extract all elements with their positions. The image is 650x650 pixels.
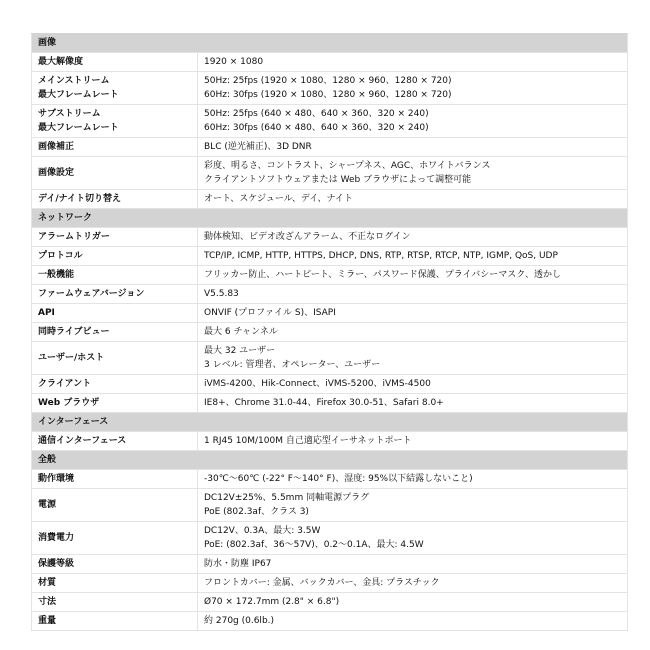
spec-label: 重量 xyxy=(32,612,198,631)
spec-label: Web ブラウザ xyxy=(32,394,198,413)
value-line: クライアントソフトウェアまたは Web ブラウザによって調整可能 xyxy=(204,173,622,187)
spec-value: 防水・防塵 IP67 xyxy=(198,555,628,574)
spec-label: 材質 xyxy=(32,574,198,593)
label-line: 電源 xyxy=(38,498,192,512)
value-line: DC12V±25%、5.5mm 同軸電源プラグ xyxy=(204,491,622,505)
section-title: ネットワーク xyxy=(32,209,628,228)
spec-table: 画像 最大解像度 1920 × 1080 メインストリーム最大フレームレート 5… xyxy=(31,33,628,631)
label-line: サブストリーム xyxy=(38,107,192,121)
spec-row-operating-conditions: 動作環境 -30℃～60℃ (-22° F～140° F)、湿度: 95%以下結… xyxy=(32,470,628,489)
label-line: 保護等級 xyxy=(38,557,192,571)
value-line: BLC (逆光補正)、3D DNR xyxy=(204,140,622,154)
spec-value: BLC (逆光補正)、3D DNR xyxy=(198,138,628,157)
spec-value: フロントカバー: 金属、バックカバー、金具: プラスチック xyxy=(198,574,628,593)
label-line: アラームトリガー xyxy=(38,230,192,244)
spec-value: DC12V±25%、5.5mm 同軸電源プラグPoE (802.3af、クラス … xyxy=(198,489,628,522)
spec-row-power-consumption: 消費電力 DC12V、0.3A、最大: 3.5WPoE: (802.3af、36… xyxy=(32,522,628,555)
label-line: 材質 xyxy=(38,576,192,590)
spec-value: ONVIF (プロファイル S)、ISAPI xyxy=(198,304,628,323)
spec-label: ユーザー/ホスト xyxy=(32,342,198,375)
spec-row-material: 材質 フロントカバー: 金属、バックカバー、金具: プラスチック xyxy=(32,574,628,593)
value-line: 1920 × 1080 xyxy=(204,55,622,69)
spec-row-protection-level: 保護等級 防水・防塵 IP67 xyxy=(32,555,628,574)
label-line: 同時ライブビュー xyxy=(38,325,192,339)
spec-value: フリッカー防止、ハートビート、ミラー、パスワード保護、プライバシーマスク、透かし xyxy=(198,266,628,285)
value-line: フリッカー防止、ハートビート、ミラー、パスワード保護、プライバシーマスク、透かし xyxy=(204,268,622,282)
label-line: 最大解像度 xyxy=(38,55,192,69)
spec-value: 1 RJ45 10M/100M 自己適応型イーサネットポート xyxy=(198,432,628,451)
value-line: 60Hz: 30fps (1920 × 1080、1280 × 960、1280… xyxy=(204,88,622,102)
spec-label: サブストリーム最大フレームレート xyxy=(32,105,198,138)
spec-row-main-stream: メインストリーム最大フレームレート 50Hz: 25fps (1920 × 10… xyxy=(32,72,628,105)
value-line: 防水・防塵 IP67 xyxy=(204,557,622,571)
spec-value: 動体検知、ビデオ改ざんアラーム、不正なログイン xyxy=(198,228,628,247)
value-line: 最大 32 ユーザー xyxy=(204,344,622,358)
spec-label: 電源 xyxy=(32,489,198,522)
spec-value: TCP/IP, ICMP, HTTP, HTTPS, DHCP, DNS, RT… xyxy=(198,247,628,266)
section-title: 全般 xyxy=(32,451,628,470)
spec-value: -30℃～60℃ (-22° F～140° F)、湿度: 95%以下結露しないこ… xyxy=(198,470,628,489)
spec-row-dimensions: 寸法 Ø70 × 172.7mm (2.8" × 6.8") xyxy=(32,593,628,612)
spec-row-image-enhancement: 画像補正 BLC (逆光補正)、3D DNR xyxy=(32,138,628,157)
value-line: IE8+、Chrome 31.0-44、Firefox 30.0-51、Safa… xyxy=(204,396,622,410)
spec-value: 約 270g (0.6lb.) xyxy=(198,612,628,631)
spec-row-api: API ONVIF (プロファイル S)、ISAPI xyxy=(32,304,628,323)
spec-row-client: クライアント iVMS-4200、Hik-Connect、iVMS-5200、i… xyxy=(32,375,628,394)
value-line: 彩度、明るさ、コントラスト、シャープネス、AGC、ホワイトバランス xyxy=(204,159,622,173)
label-line: デイ/ナイト切り替え xyxy=(38,192,192,206)
value-line: 最大 6 チャンネル xyxy=(204,325,622,339)
spec-value: Ø70 × 172.7mm (2.8" × 6.8") xyxy=(198,593,628,612)
label-line: 動作環境 xyxy=(38,472,192,486)
spec-row-simultaneous-live-view: 同時ライブビュー 最大 6 チャンネル xyxy=(32,323,628,342)
spec-value: 50Hz: 25fps (640 × 480、640 × 360、320 × 2… xyxy=(198,105,628,138)
spec-row-communication-interface: 通信インターフェース 1 RJ45 10M/100M 自己適応型イーサネットポー… xyxy=(32,432,628,451)
label-line: クライアント xyxy=(38,377,192,391)
value-line: TCP/IP, ICMP, HTTP, HTTPS, DHCP, DNS, RT… xyxy=(204,249,622,263)
label-line: 重量 xyxy=(38,614,192,628)
spec-label: アラームトリガー xyxy=(32,228,198,247)
value-line: 60Hz: 30fps (640 × 480、640 × 360、320 × 2… xyxy=(204,121,622,135)
label-line: 通信インターフェース xyxy=(38,434,192,448)
spec-label: デイ/ナイト切り替え xyxy=(32,190,198,209)
value-line: 50Hz: 25fps (1920 × 1080、1280 × 960、1280… xyxy=(204,74,622,88)
spec-row-general-function: 一般機能 フリッカー防止、ハートビート、ミラー、パスワード保護、プライバシーマス… xyxy=(32,266,628,285)
spec-label: クライアント xyxy=(32,375,198,394)
value-line: 50Hz: 25fps (640 × 480、640 × 360、320 × 2… xyxy=(204,107,622,121)
section-header-network: ネットワーク xyxy=(32,209,628,228)
section-title: 画像 xyxy=(32,34,628,53)
label-line: 消費電力 xyxy=(38,531,192,545)
spec-row-firmware-version: ファームウェアバージョン V5.5.83 xyxy=(32,285,628,304)
spec-label: メインストリーム最大フレームレート xyxy=(32,72,198,105)
spec-row-alarm-trigger: アラームトリガー 動体検知、ビデオ改ざんアラーム、不正なログイン xyxy=(32,228,628,247)
spec-row-image-settings: 画像設定 彩度、明るさ、コントラスト、シャープネス、AGC、ホワイトバランスクラ… xyxy=(32,157,628,190)
spec-label: 同時ライブビュー xyxy=(32,323,198,342)
value-line: -30℃～60℃ (-22° F～140° F)、湿度: 95%以下結露しないこ… xyxy=(204,472,622,486)
value-line: DC12V、0.3A、最大: 3.5W xyxy=(204,524,622,538)
section-header-general: 全般 xyxy=(32,451,628,470)
spec-row-sub-stream: サブストリーム最大フレームレート 50Hz: 25fps (640 × 480、… xyxy=(32,105,628,138)
spec-row-weight: 重量 約 270g (0.6lb.) xyxy=(32,612,628,631)
spec-row-user-host: ユーザー/ホスト 最大 32 ユーザー3 レベル: 管理者、オペレーター、ユーザ… xyxy=(32,342,628,375)
value-line: PoE: (802.3af、36～57V)、0.2～0.1A、最大: 4.5W xyxy=(204,538,622,552)
value-line: 1 RJ45 10M/100M 自己適応型イーサネットポート xyxy=(204,434,622,448)
spec-value: iVMS-4200、Hik-Connect、iVMS-5200、iVMS-450… xyxy=(198,375,628,394)
label-line: プロトコル xyxy=(38,249,192,263)
spec-value: 50Hz: 25fps (1920 × 1080、1280 × 960、1280… xyxy=(198,72,628,105)
value-line: PoE (802.3af、クラス 3) xyxy=(204,505,622,519)
value-line: iVMS-4200、Hik-Connect、iVMS-5200、iVMS-450… xyxy=(204,377,622,391)
label-line: 最大フレームレート xyxy=(38,88,192,102)
spec-label: 最大解像度 xyxy=(32,53,198,72)
spec-value: 最大 6 チャンネル xyxy=(198,323,628,342)
spec-row-power-supply: 電源 DC12V±25%、5.5mm 同軸電源プラグPoE (802.3af、ク… xyxy=(32,489,628,522)
label-line: ファームウェアバージョン xyxy=(38,287,192,301)
spec-label: プロトコル xyxy=(32,247,198,266)
spec-label: 保護等級 xyxy=(32,555,198,574)
spec-value: オート、スケジュール、デイ、ナイト xyxy=(198,190,628,209)
spec-label: 通信インターフェース xyxy=(32,432,198,451)
value-line: V5.5.83 xyxy=(204,287,622,301)
label-line: 画像設定 xyxy=(38,166,192,180)
section-header-image: 画像 xyxy=(32,34,628,53)
spec-label: 寸法 xyxy=(32,593,198,612)
label-line: 画像補正 xyxy=(38,140,192,154)
spec-row-web-browser: Web ブラウザ IE8+、Chrome 31.0-44、Firefox 30.… xyxy=(32,394,628,413)
section-title: インターフェース xyxy=(32,413,628,432)
spec-value: IE8+、Chrome 31.0-44、Firefox 30.0-51、Safa… xyxy=(198,394,628,413)
spec-label: ファームウェアバージョン xyxy=(32,285,198,304)
spec-value: V5.5.83 xyxy=(198,285,628,304)
spec-row-protocols: プロトコル TCP/IP, ICMP, HTTP, HTTPS, DHCP, D… xyxy=(32,247,628,266)
label-line: 一般機能 xyxy=(38,268,192,282)
spec-row-max-resolution: 最大解像度 1920 × 1080 xyxy=(32,53,628,72)
value-line: 約 270g (0.6lb.) xyxy=(204,614,622,628)
label-line: API xyxy=(38,306,192,320)
spec-value: 1920 × 1080 xyxy=(198,53,628,72)
spec-value: 彩度、明るさ、コントラスト、シャープネス、AGC、ホワイトバランスクライアントソ… xyxy=(198,157,628,190)
spec-label: 動作環境 xyxy=(32,470,198,489)
section-header-interface: インターフェース xyxy=(32,413,628,432)
value-line: 動体検知、ビデオ改ざんアラーム、不正なログイン xyxy=(204,230,622,244)
spec-label: 消費電力 xyxy=(32,522,198,555)
spec-label: 一般機能 xyxy=(32,266,198,285)
label-line: ユーザー/ホスト xyxy=(38,351,192,365)
value-line: フロントカバー: 金属、バックカバー、金具: プラスチック xyxy=(204,576,622,590)
spec-row-day-night: デイ/ナイト切り替え オート、スケジュール、デイ、ナイト xyxy=(32,190,628,209)
spec-label: API xyxy=(32,304,198,323)
spec-table-body: 画像 最大解像度 1920 × 1080 メインストリーム最大フレームレート 5… xyxy=(32,34,628,631)
spec-value: 最大 32 ユーザー3 レベル: 管理者、オペレーター、ユーザー xyxy=(198,342,628,375)
label-line: 寸法 xyxy=(38,595,192,609)
value-line: オート、スケジュール、デイ、ナイト xyxy=(204,192,622,206)
spec-label: 画像補正 xyxy=(32,138,198,157)
spec-label: 画像設定 xyxy=(32,157,198,190)
label-line: Web ブラウザ xyxy=(38,396,192,410)
spec-value: DC12V、0.3A、最大: 3.5WPoE: (802.3af、36～57V)… xyxy=(198,522,628,555)
value-line: 3 レベル: 管理者、オペレーター、ユーザー xyxy=(204,358,622,372)
label-line: メインストリーム xyxy=(38,74,192,88)
value-line: ONVIF (プロファイル S)、ISAPI xyxy=(204,306,622,320)
label-line: 最大フレームレート xyxy=(38,121,192,135)
value-line: Ø70 × 172.7mm (2.8" × 6.8") xyxy=(204,595,622,609)
